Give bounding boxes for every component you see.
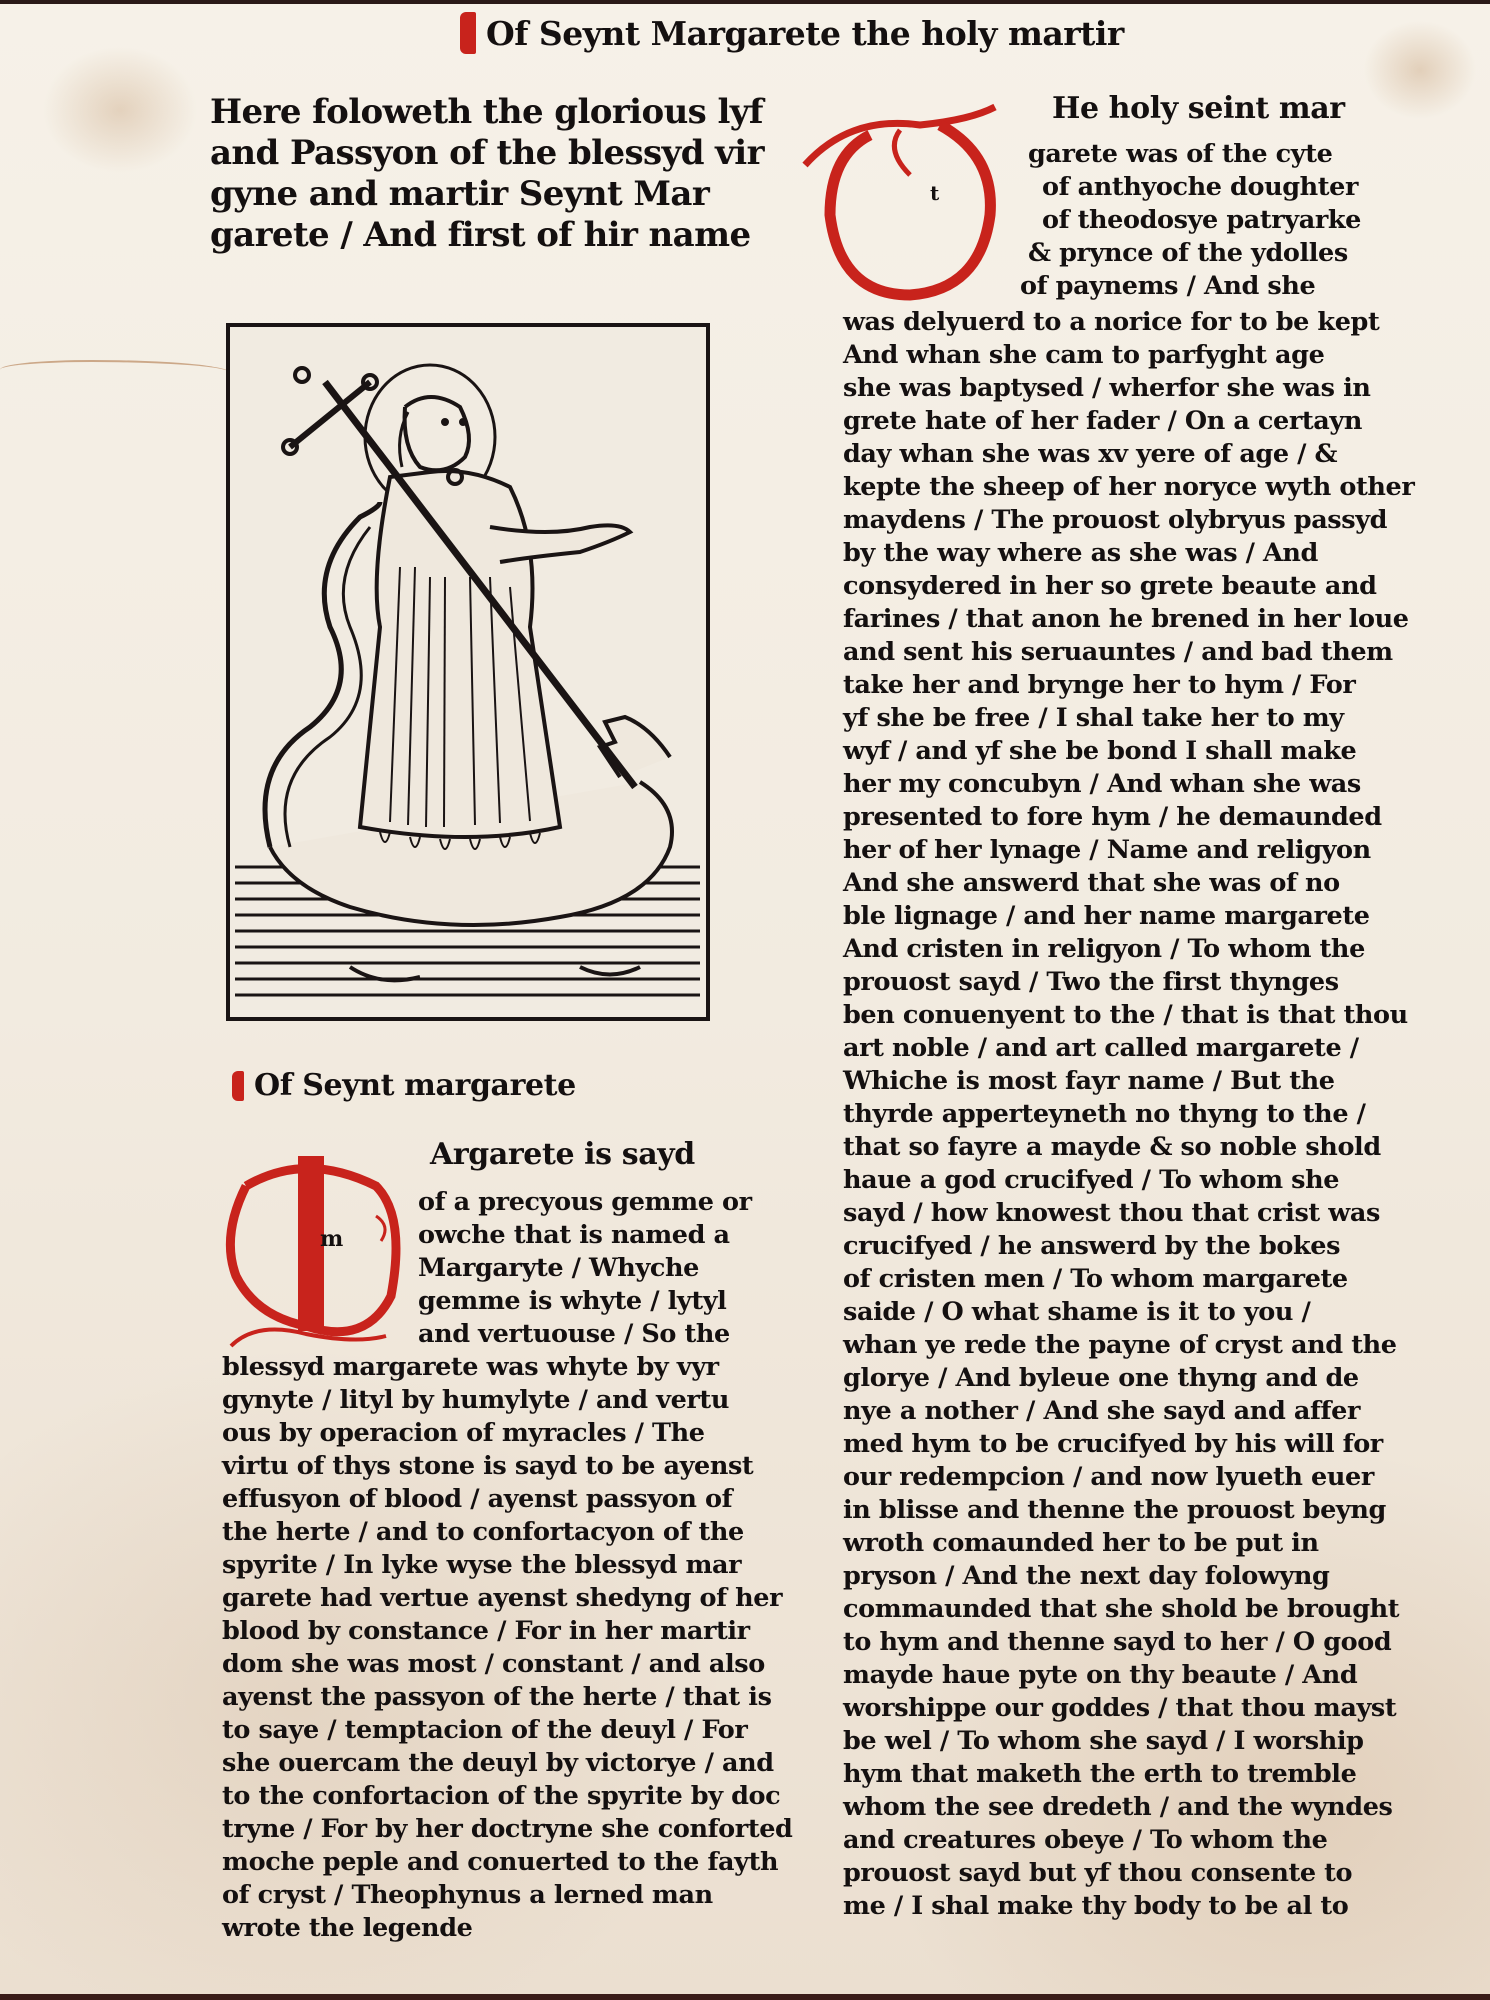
running-head: Of Seynt Margarete the holy martir [460, 8, 1180, 58]
text-line: of cryst / Theophynus a lerned man [222, 1879, 713, 1912]
text-line: consydered in her so grete beaute and [843, 570, 1377, 603]
text-line: yf she be free / I shal take her to my [843, 702, 1344, 735]
text-line: haue a god crucifyed / To whom she [843, 1164, 1339, 1197]
text-line: Argarete is sayd [430, 1138, 695, 1171]
text-line: moche peple and conuerted to the fayth [222, 1846, 778, 1879]
text-line: Whiche is most fayr name / But the [843, 1065, 1335, 1098]
text-line: med hym to be crucifyed by his will for [843, 1428, 1383, 1461]
text-line: ous by operacion of myracles / The [222, 1417, 705, 1450]
heading-line: and Passyon of the blessyd vir [210, 133, 720, 174]
text-line: garete had vertue ayenst shedyng of her [222, 1582, 782, 1615]
text-line: dom she was most / constant / and also [222, 1648, 765, 1681]
text-line: the herte / and to confortacyon of the [222, 1516, 744, 1549]
text-line: pryson / And the next day folowyng [843, 1560, 1329, 1593]
text-line: spyrite / In lyke wyse the blessyd mar [222, 1549, 741, 1582]
text-line: her my concubyn / And whan she was [843, 768, 1361, 801]
text-line: she was baptysed / wherfor she was in [843, 372, 1371, 405]
text-line: blessyd margarete was whyte by vyr [222, 1351, 719, 1384]
text-line: whom the see dredeth / and the wyndes [843, 1791, 1393, 1824]
manuscript-page: Of Seynt Margarete the holy martir Here … [0, 0, 1490, 2000]
text-line: sayd / how knowest thou that crist was [843, 1197, 1380, 1230]
heading-line: Here foloweth the glorious lyf [210, 92, 720, 133]
text-line: tryne / For by her doctryne she conforte… [222, 1813, 792, 1846]
rubricated-initial-t: t [790, 95, 1030, 310]
text-line: saide / O what shame is it to you / [843, 1296, 1310, 1329]
rubric-paragraph-mark-icon [232, 1071, 244, 1101]
woodcut-illustration-saint-margaret [226, 323, 710, 1021]
text-line: of theodosye patryarke [1042, 204, 1361, 237]
text-line: effusyon of blood / ayenst passyon of [222, 1483, 732, 1516]
text-line: of cristen men / To whom margarete [843, 1263, 1348, 1296]
text-line: & prynce of the ydolles [1028, 237, 1348, 270]
text-line: garete was of the cyte [1028, 138, 1332, 171]
text-line: and vertuouse / So the [418, 1318, 730, 1351]
initial-t-icon [790, 95, 1030, 310]
heading-line: garete / And first of hir name [210, 215, 720, 256]
text-line: to the confortacion of the spyrite by do… [222, 1780, 780, 1813]
text-line: And whan she cam to parfyght age [843, 339, 1324, 372]
text-line: of a precyous gemme or [418, 1186, 752, 1219]
text-line: wyf / and yf she be bond I shall make [843, 735, 1356, 768]
saint-margaret-dragon-icon [230, 327, 706, 1017]
text-line: to saye / temptacion of the deuyl / For [222, 1714, 747, 1747]
text-line: by the way where as she was / And [843, 537, 1318, 570]
text-line: of paynems / And she [1020, 270, 1315, 303]
text-line: wroth comaunded her to be put in [843, 1527, 1319, 1560]
chapter-heading: Here foloweth the glorious lyf and Passy… [210, 92, 720, 256]
text-line: gynyte / lityl by humylyte / and vertu [222, 1384, 729, 1417]
text-line: whan ye rede the payne of cryst and the [843, 1329, 1397, 1362]
text-line: hym that maketh the erth to tremble [843, 1758, 1356, 1791]
text-line: ben conuenyent to the / that is that tho… [843, 999, 1408, 1032]
text-line: ble lignage / and her name margarete [843, 900, 1370, 933]
text-line: owche that is named a [418, 1219, 730, 1252]
text-line: art noble / and art called margarete / [843, 1032, 1359, 1065]
text-line: maydens / The prouost olybryus passyd [843, 504, 1387, 537]
text-line: of anthyoche doughter [1042, 171, 1358, 204]
text-line: gemme is whyte / lytyl [418, 1285, 726, 1318]
text-line: our redempcion / and now lyueth euer [843, 1461, 1374, 1494]
paper-tear-stain [0, 360, 230, 392]
text-line: take her and brynge her to hym / For [843, 669, 1355, 702]
text-line: glorye / And byleue one thyng and de [843, 1362, 1359, 1395]
section-title-text: Of Seynt margarete [254, 1068, 576, 1103]
text-line: that so fayre a mayde & so noble shold [843, 1131, 1381, 1164]
text-line: mayde haue pyte on thy beaute / And [843, 1659, 1357, 1692]
text-line: me / I shal make thy body to be al to [843, 1890, 1348, 1923]
text-line: wrote the legende [222, 1912, 472, 1945]
page-bottom-edge [0, 1994, 1490, 2000]
text-line: virtu of thys stone is sayd to be ayenst [222, 1450, 753, 1483]
text-line: grete hate of her fader / On a certayn [843, 405, 1362, 438]
initial-m-icon [216, 1146, 402, 1352]
text-line: farines / that anon he brened in her lou… [843, 603, 1409, 636]
text-line: thyrde apperteyneth no thyng to the / [843, 1098, 1366, 1131]
text-line: crucifyed / he answerd by the bokes [843, 1230, 1340, 1263]
text-line: kepte the sheep of her noryce wyth other [843, 471, 1414, 504]
section-title: Of Seynt margarete [232, 1068, 576, 1103]
text-line: and sent his seruauntes / and bad them [843, 636, 1393, 669]
text-line: to hym and thenne sayd to her / O good [843, 1626, 1391, 1659]
text-line: And she answerd that she was of no [843, 867, 1340, 900]
text-line: prouost sayd but yf thou consente to [843, 1857, 1352, 1890]
heading-line: gyne and martir Seynt Mar [210, 174, 720, 215]
text-line: in blisse and thenne the prouost beyng [843, 1494, 1386, 1527]
guide-letter: m [320, 1226, 343, 1252]
text-line: blood by constance / For in her martir [222, 1615, 750, 1648]
text-line: He holy seint mar [1052, 92, 1345, 125]
text-line: her of her lynage / Name and religyon [843, 834, 1371, 867]
text-line: And cristen in religyon / To whom the [843, 933, 1365, 966]
text-line: ayenst the passyon of the herte / that i… [222, 1681, 772, 1714]
guide-letter: t [930, 181, 939, 205]
text-line: prouost sayd / Two the first thynges [843, 966, 1339, 999]
rubricated-initial-m: m [216, 1146, 402, 1352]
rubric-paragraph-mark-icon [460, 12, 476, 54]
text-line: day whan she was xv yere of age / & [843, 438, 1337, 471]
text-line: presented to fore hym / he demaunded [843, 801, 1382, 834]
text-line: nye a nother / And she sayd and affer [843, 1395, 1360, 1428]
text-line: and creatures obeye / To whom the [843, 1824, 1328, 1857]
text-line: be wel / To whom she sayd / I worship [843, 1725, 1364, 1758]
page-top-edge [0, 0, 1490, 4]
text-line: Margaryte / Whyche [418, 1252, 699, 1285]
text-line: worshippe our goddes / that thou mayst [843, 1692, 1396, 1725]
text-line: commaunded that she shold be brought [843, 1593, 1399, 1626]
text-line: was delyuerd to a norice for to be kept [843, 306, 1379, 339]
text-line: she ouercam the deuyl by victorye / and [222, 1747, 774, 1780]
running-head-text: Of Seynt Margarete the holy martir [486, 14, 1124, 53]
